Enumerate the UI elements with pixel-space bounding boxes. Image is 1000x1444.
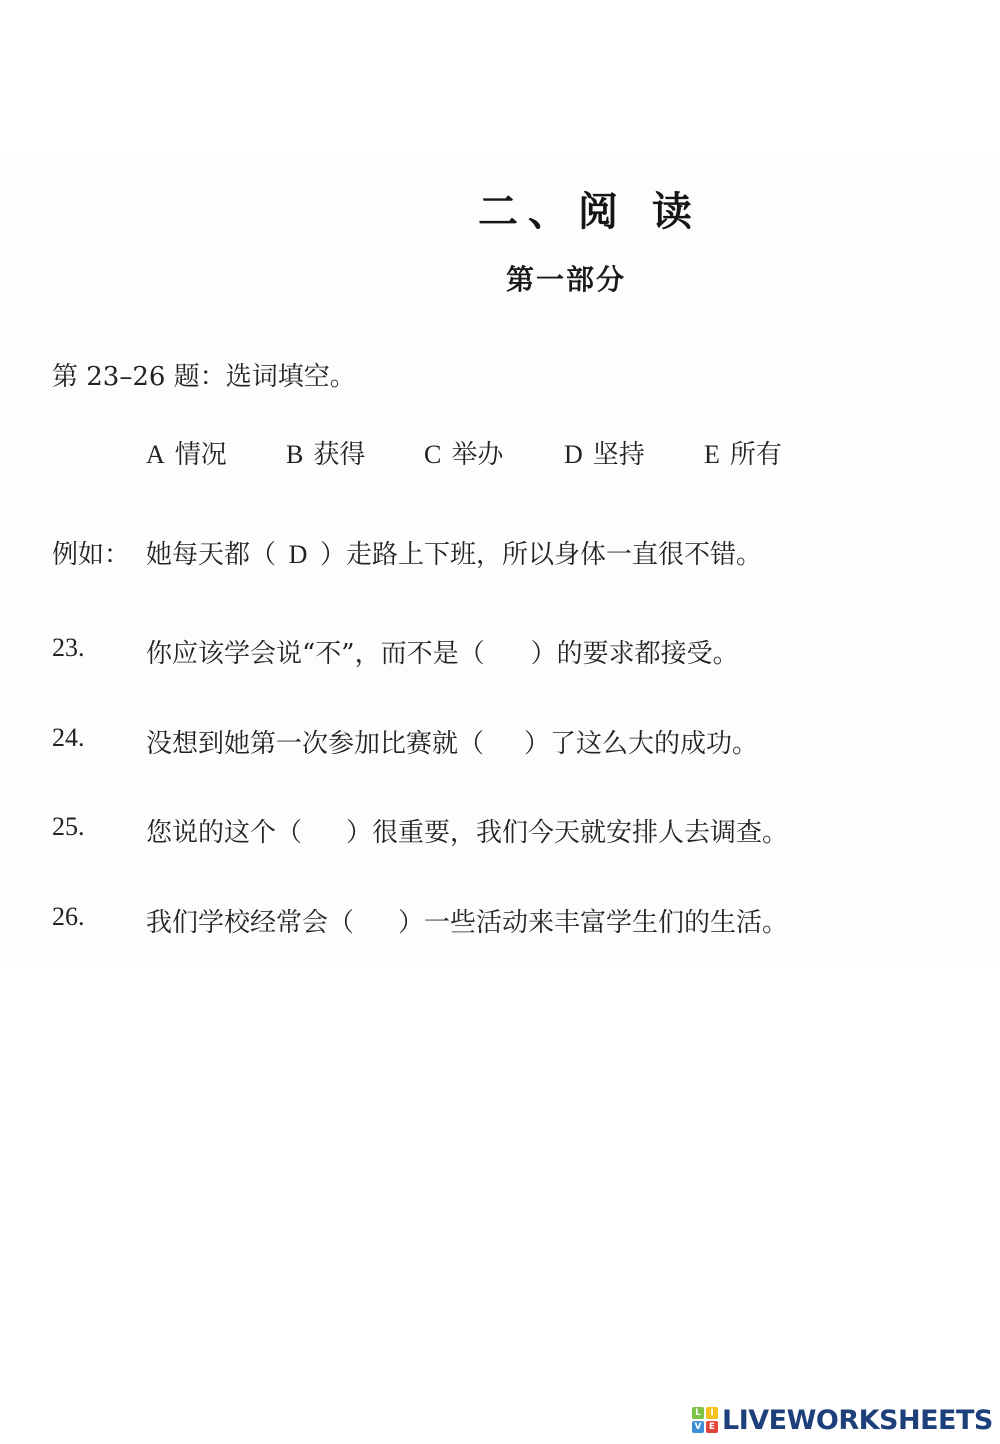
sentence-before: 她每天都（	[146, 540, 276, 570]
instruction-text: 第 23–26 题：选词填空。	[52, 356, 356, 393]
liveworksheets-logo: L I V E LIVEWORKSHEETS	[692, 1404, 993, 1436]
word-option-d: D坚持	[564, 434, 645, 471]
question-sentence: 您说的这个（）很重要，我们今天就安排人去调查。	[146, 812, 788, 849]
question-sentence: 我们学校经常会（）一些活动来丰富学生们的生活。	[146, 902, 788, 939]
sentence-before: 你应该学会说“不”，而不是（	[146, 639, 485, 669]
word-option-e: E所有	[704, 434, 782, 471]
word-option-c: C举办	[424, 434, 503, 471]
sentence-after: ）走路上下班，所以身体一直很不错。	[320, 540, 762, 570]
logo-cell-i: I	[706, 1407, 718, 1419]
question-sentence: 没想到她第一次参加比赛就（）了这么大的成功。	[146, 723, 758, 760]
question-number: 25.	[52, 812, 85, 842]
question-sentence: 你应该学会说“不”，而不是（）的要求都接受。	[146, 633, 739, 670]
sentence-after: ）一些活动来丰富学生们的生活。	[398, 908, 788, 938]
sentence-before: 我们学校经常会（	[146, 908, 354, 938]
word-text: 所有	[730, 440, 782, 470]
word-letter: E	[704, 440, 720, 469]
sentence-after: ）很重要，我们今天就安排人去调查。	[346, 818, 788, 848]
word-letter: A	[146, 440, 165, 469]
word-option-a: A情况	[146, 434, 227, 471]
sentence-before: 没想到她第一次参加比赛就（	[146, 729, 484, 759]
question-number: 26.	[52, 902, 85, 932]
example-label: 例如：	[52, 534, 130, 571]
logo-cell-e: E	[706, 1421, 718, 1433]
word-letter: C	[424, 440, 441, 469]
logo-wordmark: LIVEWORKSHEETS	[722, 1405, 993, 1436]
sentence-after: ）了这么大的成功。	[524, 729, 758, 759]
sentence-before: 您说的这个（	[146, 818, 302, 848]
word-text: 坚持	[593, 440, 645, 470]
sentence-after: ）的要求都接受。	[531, 639, 739, 669]
word-letter: B	[286, 440, 303, 469]
word-text: 情况	[175, 440, 227, 470]
logo-icon: L I V E	[692, 1407, 718, 1433]
logo-cell-v: V	[692, 1421, 704, 1433]
part-title: 第一部分	[506, 258, 626, 298]
example-answer: D	[276, 540, 320, 570]
logo-cell-l: L	[692, 1407, 704, 1419]
example-sentence: 她每天都（D）走路上下班，所以身体一直很不错。	[146, 534, 762, 571]
question-number: 24.	[52, 723, 85, 753]
word-text: 获得	[313, 440, 365, 470]
section-title: 二、阅 读	[478, 180, 702, 237]
word-letter: D	[564, 440, 583, 469]
word-text: 举办	[451, 440, 503, 470]
word-option-b: B获得	[286, 434, 365, 471]
question-number: 23.	[52, 633, 85, 663]
